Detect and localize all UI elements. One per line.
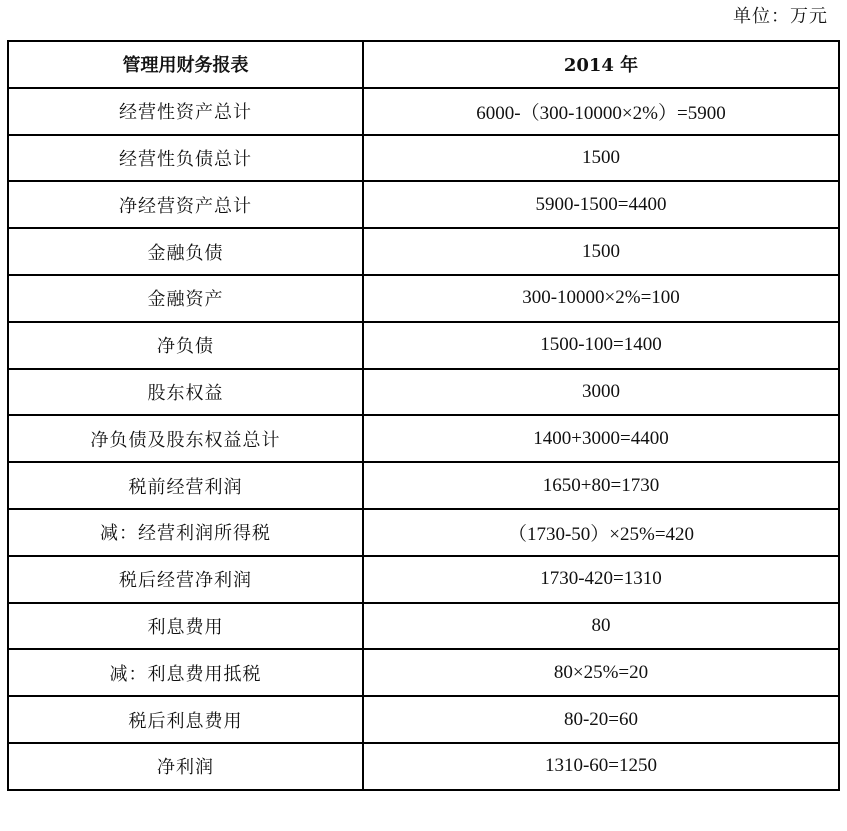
row-label: 净经营资产总计 (8, 181, 363, 228)
financial-statement-table: 管理用财务报表 2014 年 经营性资产总计 6000-（300-10000×2… (7, 40, 840, 791)
header-statement: 管理用财务报表 (8, 41, 363, 88)
row-value: 1730-420=1310 (363, 556, 839, 603)
row-value: 1500 (363, 135, 839, 182)
table-row: 税前经营利润 1650+80=1730 (8, 462, 839, 509)
row-value: （1730-50）×25%=420 (363, 509, 839, 556)
row-value: 80×25%=20 (363, 649, 839, 696)
row-value: 1500-100=1400 (363, 322, 839, 369)
row-label: 金融负债 (8, 228, 363, 275)
row-label: 股东权益 (8, 369, 363, 416)
header-year: 2014 年 (363, 41, 839, 88)
row-label: 税后利息费用 (8, 696, 363, 743)
unit-label: 单位：万元 (733, 5, 828, 29)
row-value: 1400+3000=4400 (363, 415, 839, 462)
table-row: 金融资产 300-10000×2%=100 (8, 275, 839, 322)
row-label: 税前经营利润 (8, 462, 363, 509)
table-row: 减：利息费用抵税 80×25%=20 (8, 649, 839, 696)
table-row: 净负债及股东权益总计 1400+3000=4400 (8, 415, 839, 462)
row-label: 净利润 (8, 743, 363, 790)
row-value: 80-20=60 (363, 696, 839, 743)
row-value: 6000-（300-10000×2%）=5900 (363, 88, 839, 135)
table-row: 净利润 1310-60=1250 (8, 743, 839, 790)
row-label: 减：经营利润所得税 (8, 509, 363, 556)
table-row: 经营性资产总计 6000-（300-10000×2%）=5900 (8, 88, 839, 135)
row-label: 净负债 (8, 322, 363, 369)
row-label: 经营性资产总计 (8, 88, 363, 135)
table-row: 税后利息费用 80-20=60 (8, 696, 839, 743)
table-row: 净负债 1500-100=1400 (8, 322, 839, 369)
row-value: 80 (363, 603, 839, 650)
table-row: 净经营资产总计 5900-1500=4400 (8, 181, 839, 228)
row-value: 3000 (363, 369, 839, 416)
table-row: 减：经营利润所得税 （1730-50）×25%=420 (8, 509, 839, 556)
row-value: 1310-60=1250 (363, 743, 839, 790)
table-header-row: 管理用财务报表 2014 年 (8, 41, 839, 88)
row-label: 净负债及股东权益总计 (8, 415, 363, 462)
table-row: 经营性负债总计 1500 (8, 135, 839, 182)
row-label: 减：利息费用抵税 (8, 649, 363, 696)
row-value: 5900-1500=4400 (363, 181, 839, 228)
row-value: 1500 (363, 228, 839, 275)
row-label: 经营性负债总计 (8, 135, 363, 182)
row-value: 300-10000×2%=100 (363, 275, 839, 322)
table-row: 税后经营净利润 1730-420=1310 (8, 556, 839, 603)
row-label: 税后经营净利润 (8, 556, 363, 603)
row-value: 1650+80=1730 (363, 462, 839, 509)
table-row: 股东权益 3000 (8, 369, 839, 416)
row-label: 利息费用 (8, 603, 363, 650)
table-row: 利息费用 80 (8, 603, 839, 650)
table-row: 金融负债 1500 (8, 228, 839, 275)
row-label: 金融资产 (8, 275, 363, 322)
